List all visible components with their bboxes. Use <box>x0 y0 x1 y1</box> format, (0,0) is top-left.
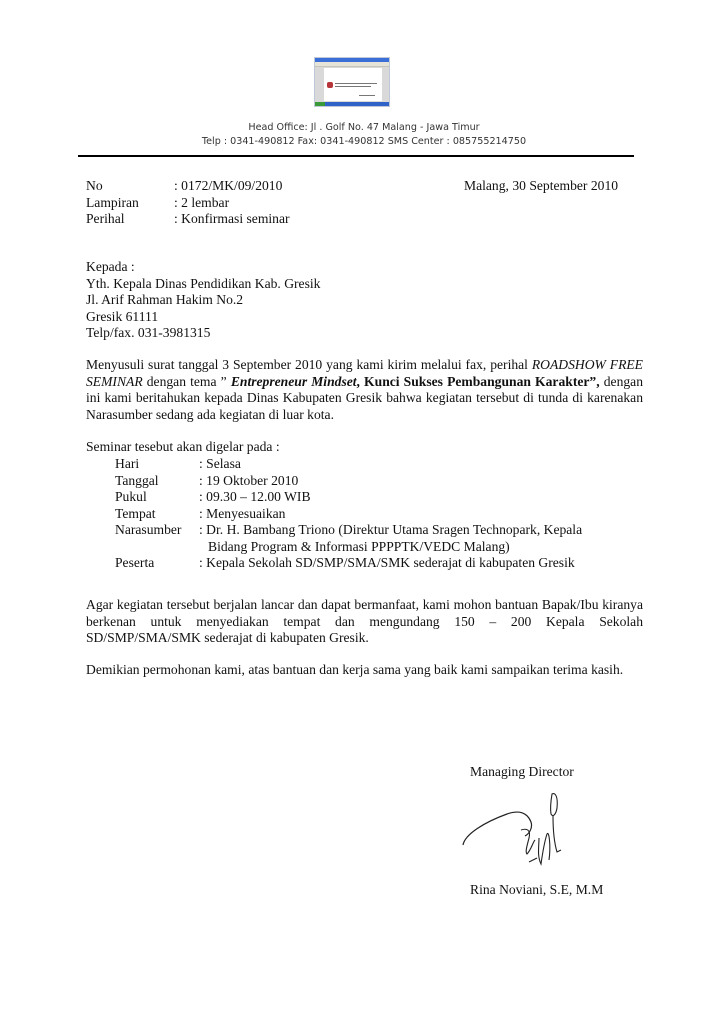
recipient-line: Telp/fax. 031-3981315 <box>86 325 643 342</box>
recipient-line: Kepada : <box>86 259 643 276</box>
paragraph-intro: Menyusuli surat tanggal 3 September 2010… <box>86 357 643 423</box>
schedule-intro: Seminar tesebut akan digelar pada : <box>86 439 643 456</box>
letterhead-divider <box>78 155 634 157</box>
recipient-block: Kepada : Yth. Kepala Dinas Pendidikan Ka… <box>86 259 643 342</box>
recipient-line: Yth. Kepala Dinas Pendidikan Kab. Gresik <box>86 276 643 293</box>
signature-icon <box>455 790 595 870</box>
meta-label: No <box>86 178 103 195</box>
meta-value: : 0172/MK/09/2010 <box>174 178 282 195</box>
paragraph-request: Agar kegiatan tersebut berjalan lancar d… <box>86 597 643 647</box>
letterhead-address: Head Office: Jl . Golf No. 47 Malang - J… <box>0 121 728 134</box>
meta-value: : 2 lembar <box>174 195 229 212</box>
letterhead-contact: Telp : 0341-490812 Fax: 0341-490812 SMS … <box>0 135 728 148</box>
theme-title: , Kunci Sukses Pembangunan Karakter”, <box>357 374 600 389</box>
meta-label: Lampiran <box>86 195 139 212</box>
place-date: Malang, 30 September 2010 <box>464 178 618 195</box>
meta-label: Perihal <box>86 211 125 228</box>
paragraph-closing: Demikian permohonan kami, atas bantuan d… <box>86 662 636 679</box>
recipient-line: Jl. Arif Rahman Hakim No.2 <box>86 292 643 309</box>
letterhead-logo-image <box>314 57 390 107</box>
signatory-name: Rina Noviani, S.E, M.M <box>470 882 603 899</box>
signatory-title: Managing Director <box>470 764 574 781</box>
theme-emphasis: Entrepreneur Mindset <box>231 374 357 389</box>
recipient-line: Gresik 61111 <box>86 309 643 326</box>
meta-value: : Konfirmasi seminar <box>174 211 290 228</box>
